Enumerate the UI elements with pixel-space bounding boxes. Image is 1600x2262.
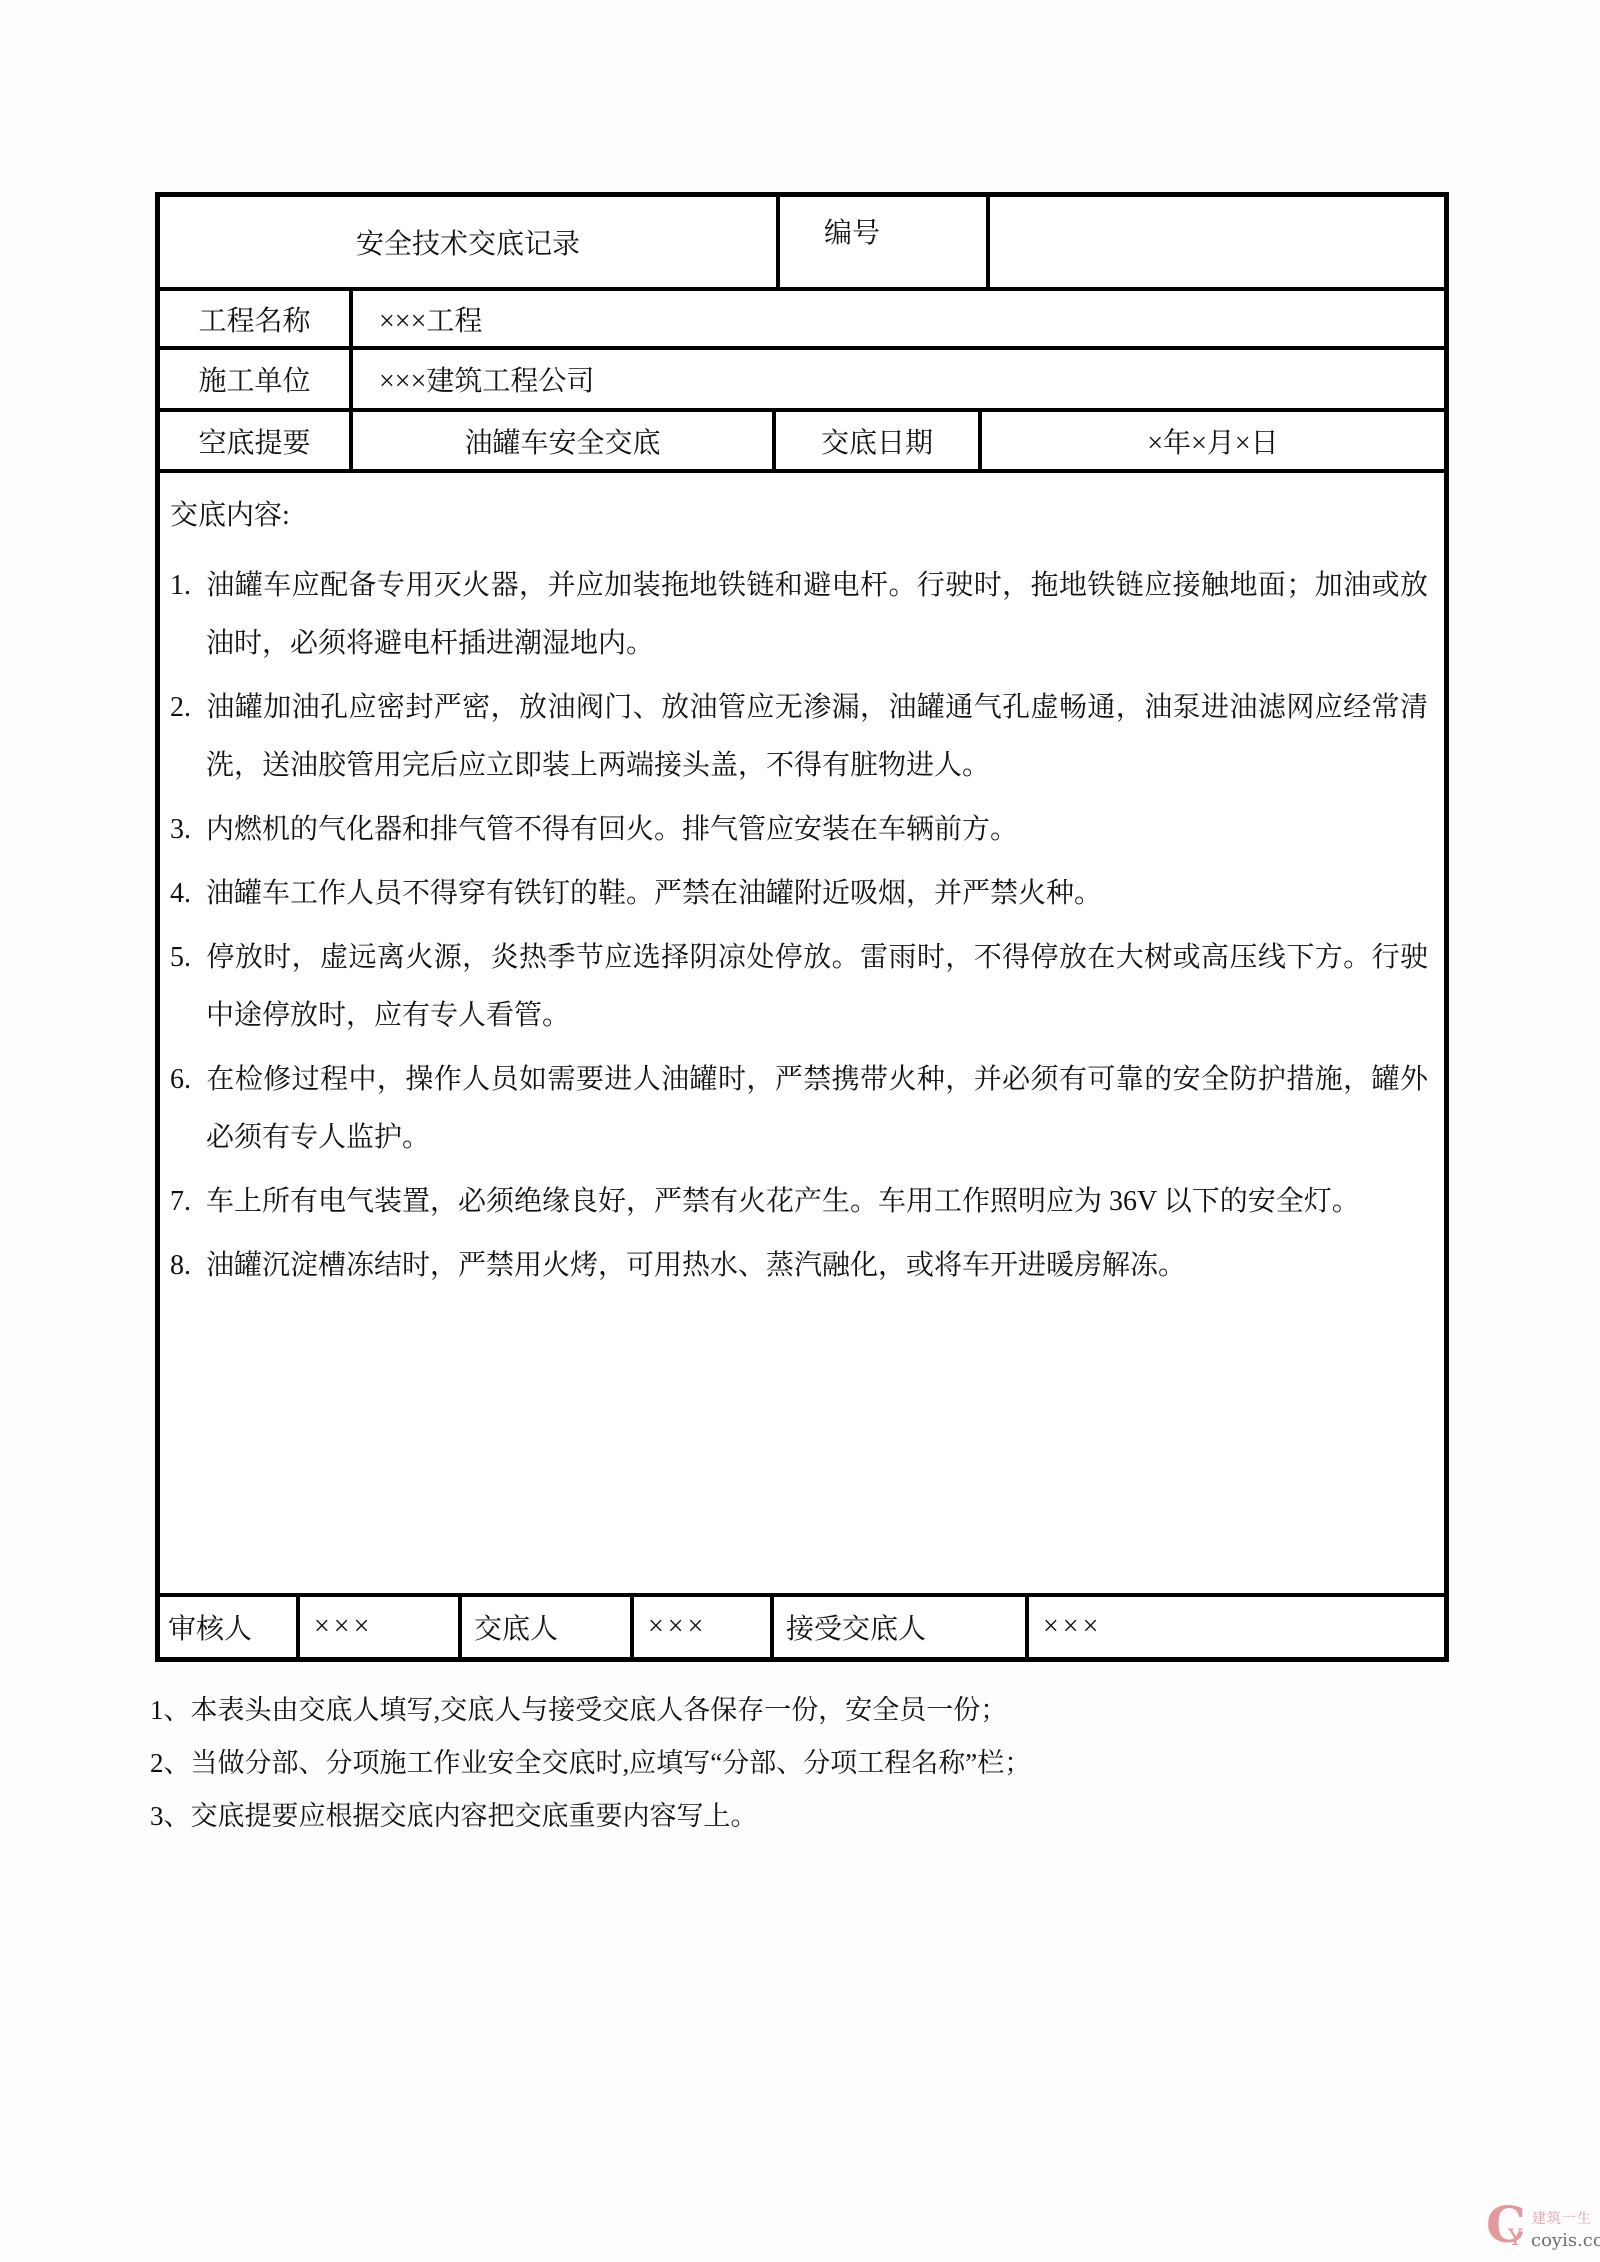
footer-note-1: 1、本表头由交底人填写,交底人与接受交底人各保存一份，安全员一份； [150,1684,1350,1737]
number-label: 编号 [776,197,990,287]
safety-disclosure-table: 安全技术交底记录 编号 工程名称 ×××工程 施工单位 ×××建筑工程公司 空底… [155,192,1449,1662]
discloser-label: 交底人 [462,1597,634,1657]
content-item-4: 4.油罐车工作人员不得穿有铁钉的鞋。严禁在油罐附近吸烟，并严禁火种。 [170,865,1428,923]
footer-notes: 1、本表头由交底人填写,交底人与接受交底人各保存一份，安全员一份； 2、当做分部… [150,1684,1350,1843]
date-value: ×年×月×日 [982,412,1444,469]
summary-label: 空底提要 [160,412,353,469]
content-heading: 交底内容: [170,487,1428,545]
content-item-5: 5.停放时，虚远离火源，炎热季节应选择阴凉处停放。雷雨时，不得停放在大树或高压线… [170,929,1428,1045]
title-row: 安全技术交底记录 编号 [160,197,1444,291]
document-title: 安全技术交底记录 [160,197,776,287]
content-item-8: 8.油罐沉淀槽冻结时，严禁用火烤，可用热水、蒸汽融化，或将车开进暖房解冻。 [170,1237,1428,1295]
receiver-value: ××× [1029,1597,1444,1657]
reviewer-value: ××× [300,1597,462,1657]
content-item-2: 2.油罐加油孔应密封严密，放油阀门、放油管应无渗漏，油罐通气孔虚畅通，油泵进油滤… [170,679,1428,795]
summary-value: 油罐车安全交底 [353,412,776,469]
footer-note-2: 2、当做分部、分项施工作业安全交底时,应填写“分部、分项工程名称”栏； [150,1737,1350,1790]
item-text: 车上所有电气装置，必须绝缘良好，严禁有火花产生。车用工作照明应为 36V 以下的… [206,1186,1360,1217]
item-text: 在检修过程中，操作人员如需要进人油罐时，严禁携带火种，并必须有可靠的安全防护措施… [206,1064,1428,1153]
date-label: 交底日期 [776,412,982,469]
number-value [990,197,1444,287]
watermark-brand: 建筑一生 [1532,2213,1592,2227]
reviewer-label: 审核人 [160,1597,300,1657]
item-text: 油罐沉淀槽冻结时，严禁用火烤，可用热水、蒸汽融化，或将车开进暖房解冻。 [206,1250,1186,1281]
construction-unit-row: 施工单位 ×××建筑工程公司 [160,350,1444,412]
project-name-row: 工程名称 ×××工程 [160,291,1444,350]
summary-date-row: 空底提要 油罐车安全交底 交底日期 ×年×月×日 [160,412,1444,473]
content-item-1: 1.油罐车应配备专用灭火器，并应加装拖地铁链和避电杆。行驶时，拖地铁链应接触地面… [170,557,1428,673]
item-number: 7. [170,1173,206,1231]
receiver-label: 接受交底人 [774,1597,1029,1657]
item-text: 油罐车应配备专用灭火器，并应加装拖地铁链和避电杆。行驶时，拖地铁链应接触地面；加… [206,570,1428,659]
footer-note-3: 3、交底提要应根据交底内容把交底重要内容写上。 [150,1790,1350,1843]
content-item-3: 3.内燃机的气化器和排气管不得有回火。排气管应安装在车辆前方。 [170,801,1428,859]
project-name-label: 工程名称 [160,291,353,346]
content-item-6: 6.在检修过程中，操作人员如需要进人油罐时，严禁携带火种，并必须有可靠的安全防护… [170,1051,1428,1167]
disclosure-content: 交底内容: 1.油罐车应配备专用灭火器，并应加装拖地铁链和避电杆。行驶时，拖地铁… [160,473,1444,1593]
item-number: 8. [170,1237,206,1295]
item-number: 5. [170,929,206,987]
discloser-value: ××× [634,1597,774,1657]
watermark: C Y 建筑一生 coyis.com [1486,2210,1600,2260]
item-number: 3. [170,801,206,859]
item-number: 6. [170,1051,206,1109]
item-text: 内燃机的气化器和排气管不得有回火。排气管应安装在车辆前方。 [206,814,1018,845]
item-number: 4. [170,865,206,923]
item-number: 2. [170,679,206,737]
watermark-domain: coyis.com [1531,2232,1600,2250]
item-text: 油罐车工作人员不得穿有铁钉的鞋。严禁在油罐附近吸烟，并严禁火种。 [206,878,1102,909]
item-number: 1. [170,557,206,615]
signature-row: 审核人 ××× 交底人 ××× 接受交底人 ××× [160,1597,1444,1657]
disclosure-content-row: 交底内容: 1.油罐车应配备专用灭火器，并应加装拖地铁链和避电杆。行驶时，拖地铁… [160,473,1444,1597]
construction-unit-label: 施工单位 [160,350,353,408]
construction-unit-value: ×××建筑工程公司 [353,350,1444,408]
watermark-logo-y: Y [1508,2228,1523,2250]
item-text: 油罐加油孔应密封严密，放油阀门、放油管应无渗漏，油罐通气孔虚畅通，油泵进油滤网应… [206,692,1428,781]
item-text: 停放时，虚远离火源，炎热季节应选择阴凉处停放。雷雨时，不得停放在大树或高压线下方… [206,942,1428,1031]
content-item-7: 7.车上所有电气装置，必须绝缘良好，严禁有火花产生。车用工作照明应为 36V 以… [170,1173,1428,1231]
project-name-value: ×××工程 [353,291,1444,346]
